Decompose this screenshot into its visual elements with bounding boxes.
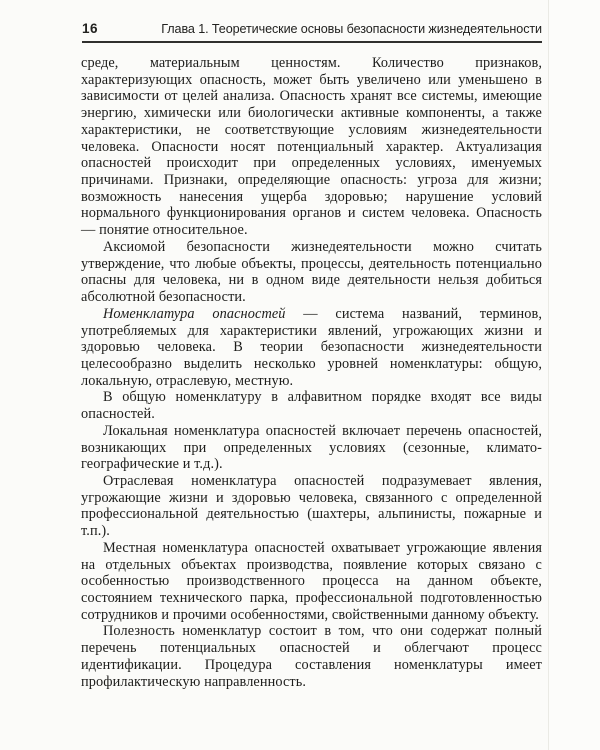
paragraph-continuation: среде, материальным ценностям. Количеств… <box>81 55 542 239</box>
paragraph-site-nomenclature: Местная номенклатура опасностей охватыва… <box>81 540 542 624</box>
paragraph-general-nomenclature: В общую номенклатуру в алфавитном порядк… <box>81 389 542 422</box>
book-page-scan: 16 Глава 1. Теоретические основы безопас… <box>0 0 600 750</box>
page-number: 16 <box>82 21 98 36</box>
paragraph-industry-nomenclature: Отраслевая номенклатура опасностей подра… <box>81 473 542 540</box>
paragraph-axiom: Аксиомой безопасности жизнедеятельности … <box>81 239 542 306</box>
body-text: среде, материальным ценностям. Количеств… <box>81 55 542 690</box>
paragraph-usefulness: Полезность номенклатур состоит в том, чт… <box>81 623 542 690</box>
scan-margin-right <box>549 0 600 750</box>
running-head: 16 Глава 1. Теоретические основы безопас… <box>82 21 542 36</box>
header-rule <box>82 41 542 43</box>
page-edge-line <box>548 0 549 750</box>
term-nomenclature-italic: Номенклатура опасностей <box>103 306 286 322</box>
paragraph-local-nomenclature: Локальная номенклатура опасностей включа… <box>81 423 542 473</box>
paragraph-nomenclature: Номенклатура опасностей — система назван… <box>81 306 542 390</box>
chapter-running-title: Глава 1. Теоретические основы безопаснос… <box>161 22 542 36</box>
